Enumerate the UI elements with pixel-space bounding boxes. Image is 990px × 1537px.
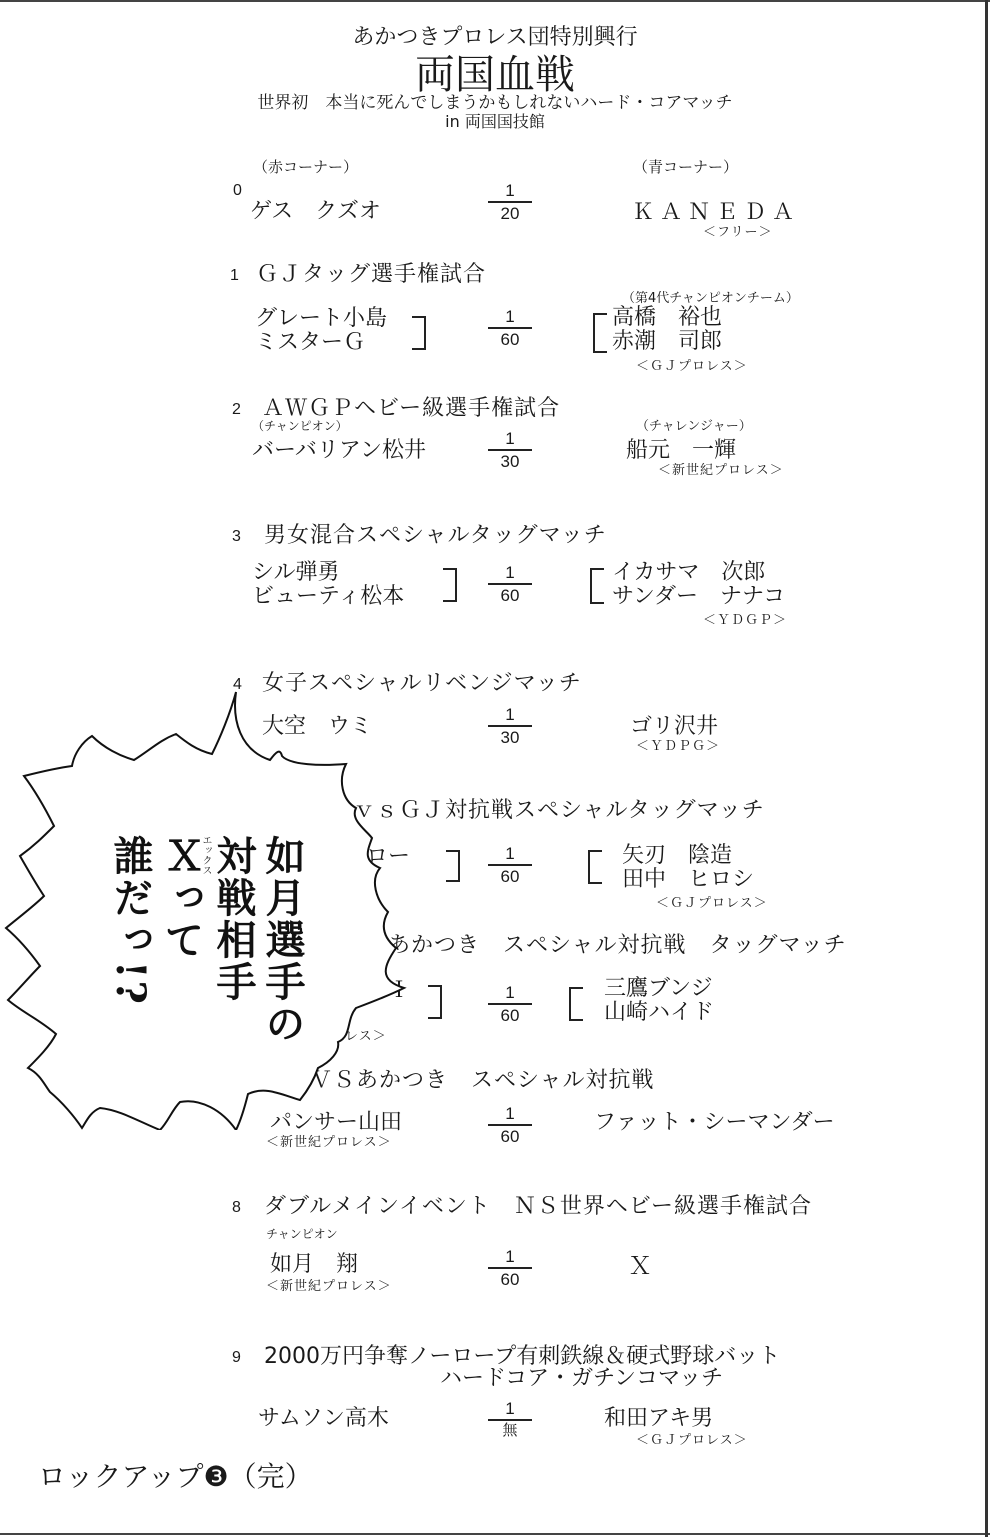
match-falls-time: 160 [488,1248,532,1288]
bubble-text-col4: 誰だっ!? [110,835,150,1006]
team-bracket-left [446,850,460,882]
page-border-right [985,0,988,1537]
challenger-label: （チャレンジャー） [636,420,752,433]
promoter-line: あかつきプロレス団特別興行 [0,27,990,49]
team-bracket-right [569,987,583,1021]
wrestler-right: ＫＡＮＥＤＡ [632,202,800,224]
event-venue: in 両国国技館 [0,114,990,130]
team-bracket-left [428,985,442,1019]
match-title: あかつき スペシャル対抗戦 タッグマッチ [388,935,847,957]
match-falls-time: 1無 [488,1400,532,1438]
match-number: 2 [232,402,241,418]
match-falls-time: 160 [488,564,532,604]
wrestler-org: ＜ＧＪプロレス＞ [636,1434,748,1447]
wrestler-right: 田中 ヒロシ [622,869,754,891]
wrestler-org: ＜ＧＪプロレス＞ [636,360,748,373]
wrestler-org: ＜ＹＤＧＰ＞ [703,614,787,627]
event-title: 両国血戦 [0,55,990,95]
match-number: 1 [230,268,239,284]
page-border-top [0,0,990,2]
page-border-bottom [0,1533,990,1535]
bubble-text-col2: 対戦相手 [213,835,253,1003]
event-subtitle: 世界初 本当に死んでしまうかもしれないハード・コアマッチ [0,95,990,112]
team-bracket-left [412,316,426,350]
match-title: ＡＷＧＰヘビー級選手権試合 [262,398,560,420]
team-bracket-right [588,850,602,884]
match-falls-time: 160 [488,308,532,348]
wrestler-left: ビューティ松本 [252,586,404,608]
wrestler-left: グレート小島 [255,308,387,330]
wrestler-right: サンダー ナナコ [612,586,785,608]
match-title: ダブルメインイベント ＮＳ世界ヘビー級選手権試合 [264,1196,812,1218]
wrestler-org: ＜ＧＪプロレス＞ [656,897,768,910]
team-bracket-right [593,313,607,353]
wrestler-right: 和田アキ男 [604,1408,713,1430]
wrestler-right: 矢刃 陰造 [622,845,732,867]
match-falls-time: 130 [488,430,532,470]
wrestler-left: サムソン高木 [258,1408,389,1430]
chapter-end-caption: ロックアップ❸（完） [38,1463,313,1491]
match-falls-time: 130 [488,706,532,746]
match-title-line2: ハードコア・ガチンコマッチ [440,1368,723,1390]
match-falls-time: 160 [488,845,532,885]
match-title: 男女混合スペシャルタッグマッチ [264,525,607,547]
wrestler-left: 如月 翔 [270,1254,358,1276]
wrestler-org: ＜新世紀プロレス＞ [266,1136,392,1149]
wrestler-right: 三鷹ブンジ [604,978,713,1000]
wrestler-org: ＜新世紀プロレス＞ [266,1280,392,1293]
team-bracket-left [443,568,457,602]
match-falls-time: 120 [488,182,532,222]
wrestler-org: ＜フリー＞ [703,226,772,239]
wrestler-left: ゲス クズオ [250,201,381,223]
wrestler-org: ＜新世紀プロレス＞ [658,464,784,477]
wrestler-right: ファット・シーマンダー [594,1112,835,1134]
match-number: 9 [232,1350,241,1366]
wrestler-right: Ｘ [628,1254,652,1278]
wrestler-right: ゴリ沢井 [630,716,718,738]
wrestler-left: ミスターＧ [255,332,365,354]
match-falls-time: 160 [488,1105,532,1145]
wrestler-right: 高橋 裕也 [612,307,722,329]
bubble-text-col1: 如月選手の [262,835,302,1045]
wrestler-right: イカサマ 次郎 [612,562,765,584]
match-falls-time: 160 [488,984,532,1024]
champion-label: チャンピオン [266,1228,338,1240]
match-number: 8 [232,1200,241,1216]
wrestler-right: 山崎ハイド [604,1002,714,1024]
match-number: 0 [233,183,242,199]
team-label: （第4代チャンピオンチーム） [622,292,799,305]
wrestler-right: 赤潮 司郎 [612,331,722,353]
bubble-text-col3: Ｘって [161,835,201,961]
match-title: ＧＪタッグ選手権試合 [256,264,486,286]
red-corner-label: （赤コーナー） [253,160,358,175]
wrestler-right: 船元 一輝 [626,440,736,462]
champion-label: （チャンピオン） [252,420,348,432]
wrestler-left: シル弾勇 [252,562,339,584]
team-bracket-right [590,568,604,604]
wrestler-org: ＜ＹＤＰＧ＞ [636,740,720,753]
match-number: 3 [232,529,241,545]
match-title: 2000万円争奪ノーロープ有刺鉄線＆硬式野球バット [264,1346,780,1368]
blue-corner-label: （青コーナー） [633,160,738,175]
wrestler-left: バーバリアン松井 [252,440,426,462]
